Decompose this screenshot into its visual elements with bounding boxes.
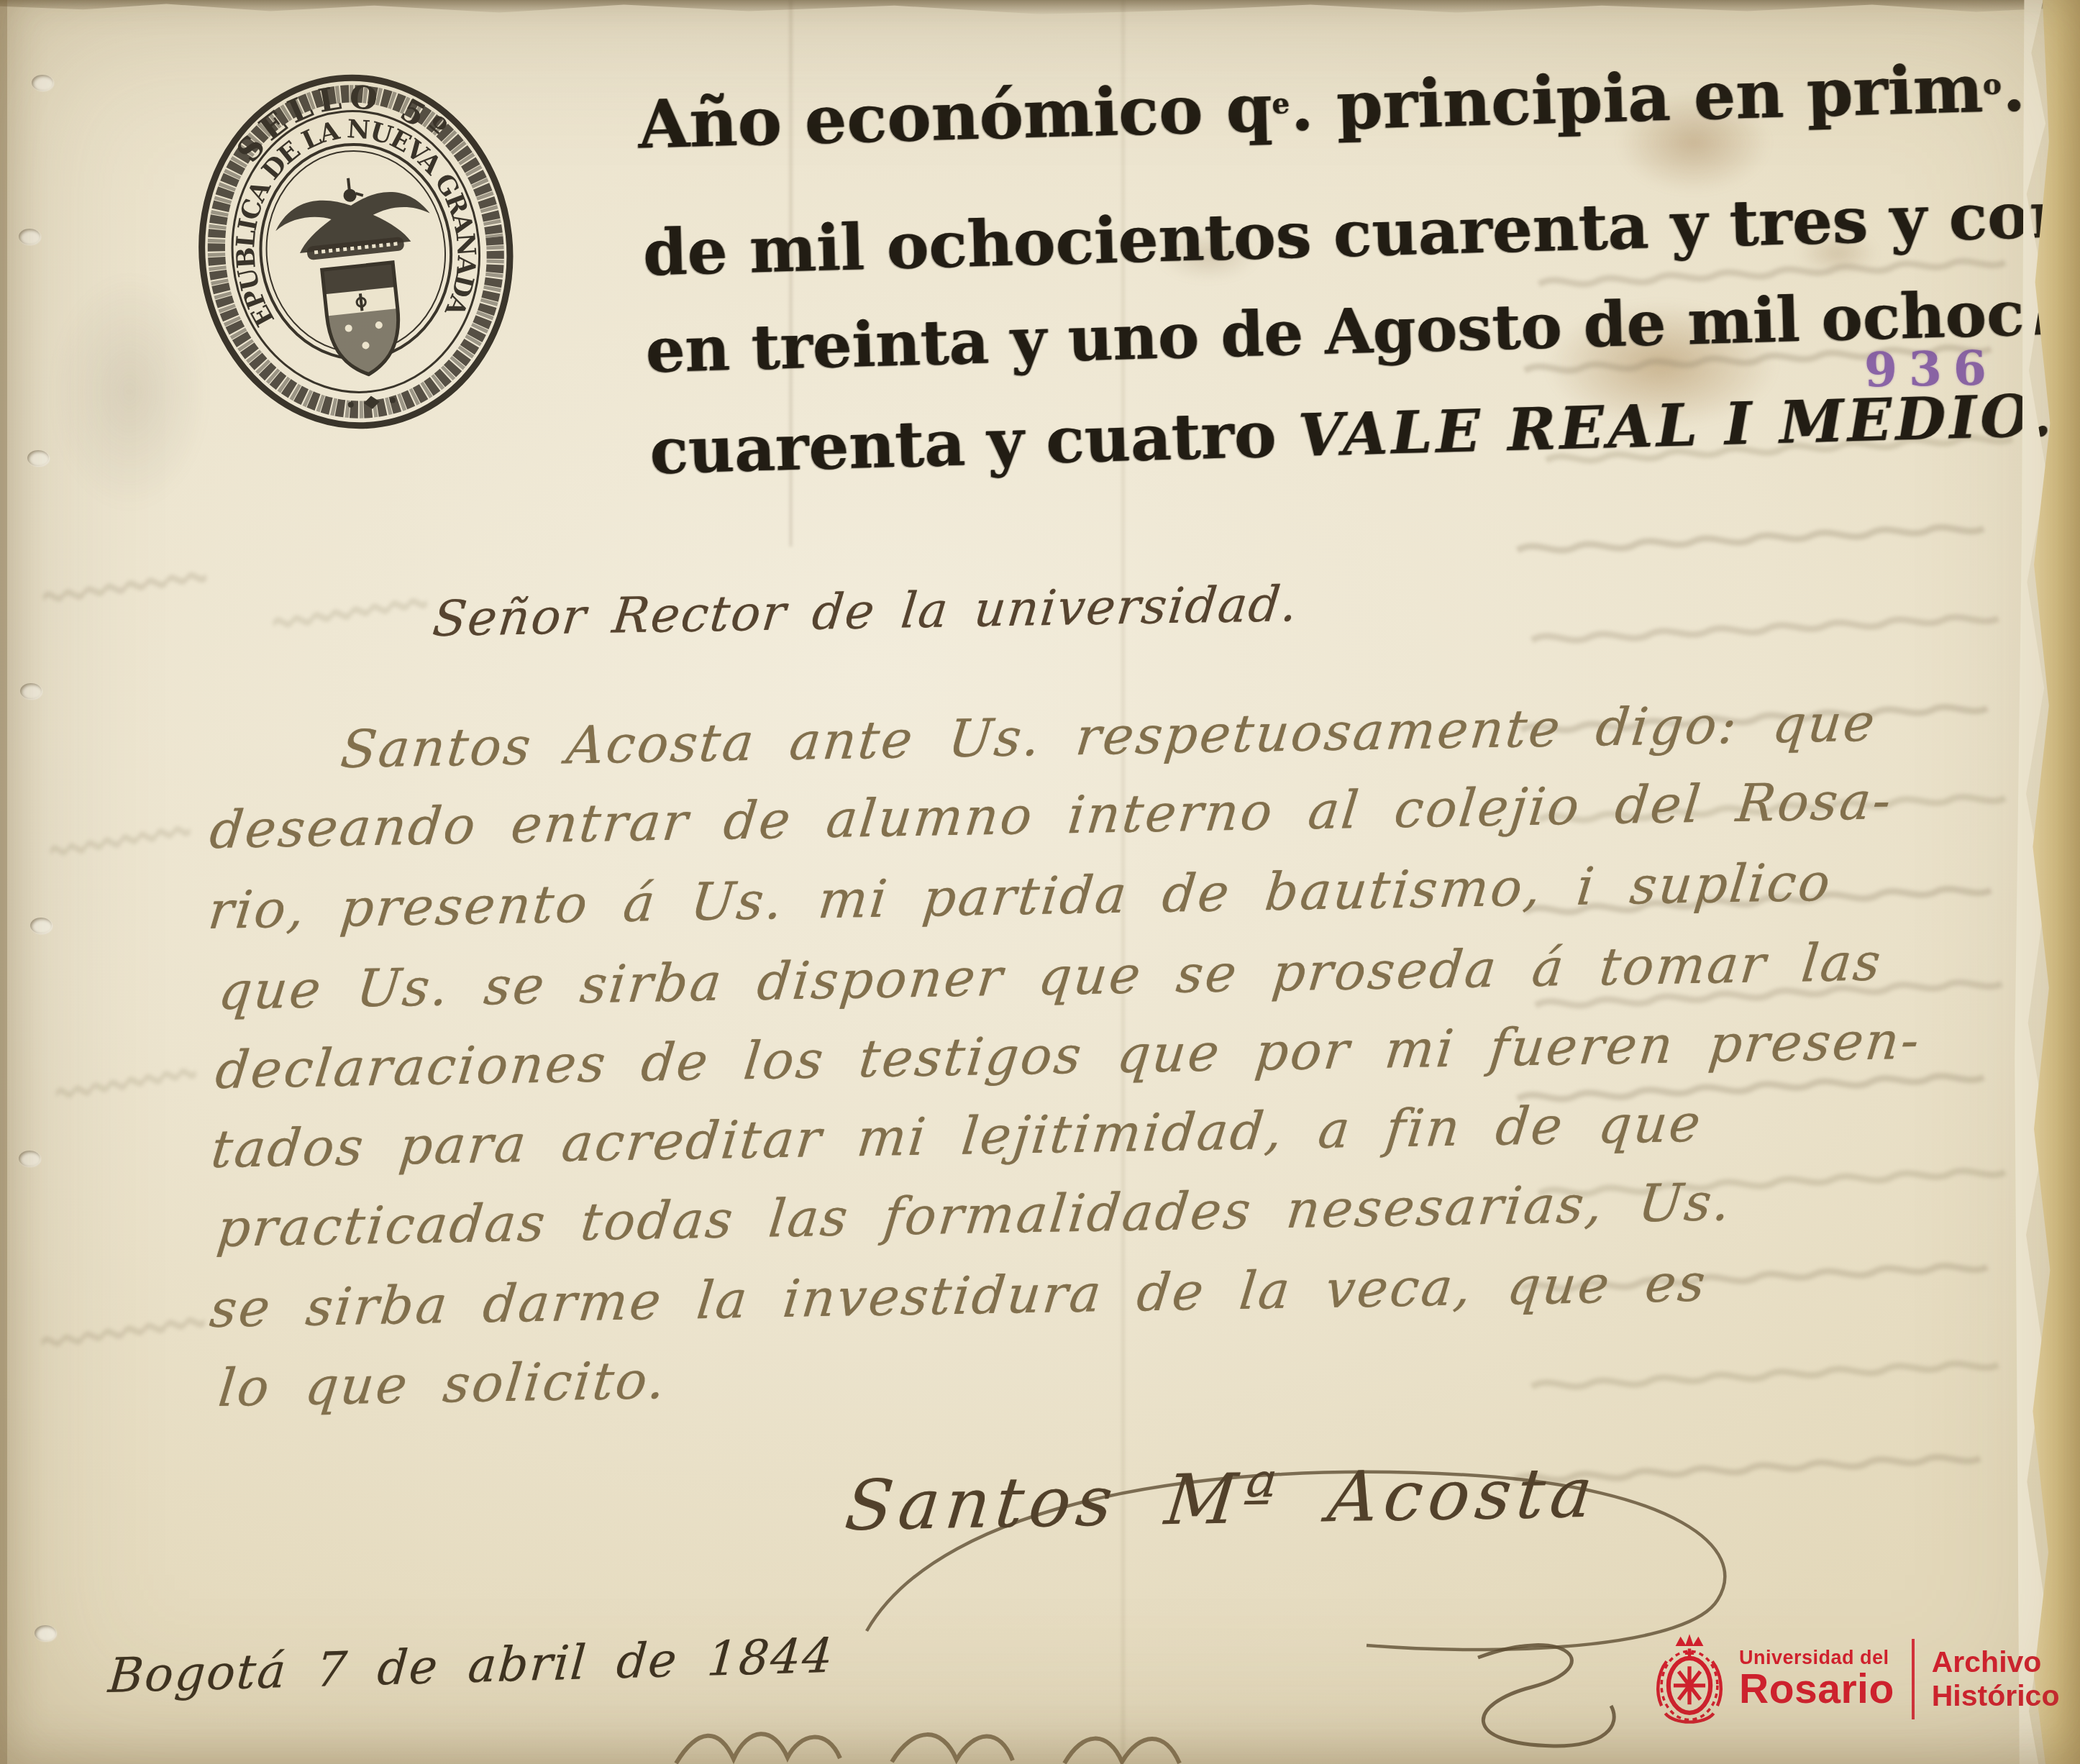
- printed-header-line-1: Año económico qe. principia en primo. de…: [637, 41, 2080, 164]
- left-page-edge: [0, 0, 7, 1764]
- rosario-crest-icon: [1651, 1627, 1728, 1732]
- date-line: Bogotá 7 de abril de 1844: [106, 1628, 836, 1704]
- letter-body-line: practicadas todas las formalidades neses…: [214, 1171, 1735, 1258]
- university-name-bottom: Rosario: [1739, 1669, 1894, 1710]
- signature: Santos Mª Acosta: [841, 1453, 1602, 1546]
- letter-body-line: Santos Acosta ante Us. respetuosamente d…: [338, 693, 1879, 780]
- archive-name-top: Archivo: [1932, 1645, 2060, 1679]
- binding-hole: [19, 229, 40, 245]
- signature-rubric: [1478, 1645, 1614, 1746]
- binding-hole: [27, 450, 49, 466]
- archive-name-bottom: Histórico: [1932, 1679, 2060, 1713]
- printed-header-line-2: de mil ochocientos cuarenta y tres y con…: [642, 172, 2080, 291]
- letter-body-line: se sirba darme la investidura de la veca…: [207, 1253, 1710, 1339]
- binding-hole: [32, 75, 53, 91]
- printed-text: cuarenta y cuatro: [649, 396, 1299, 488]
- binding-hole: [35, 1625, 56, 1641]
- archival-number-stamp: 936: [1864, 339, 1998, 398]
- university-name-top: Universidad del: [1739, 1648, 1894, 1668]
- letter-body-line: deseando entrar de alumno interno al col…: [207, 770, 1896, 860]
- letter-body-line: declaraciones de los testigos que por mi…: [213, 1010, 1924, 1100]
- printed-text: . principia en prim: [1290, 50, 1984, 146]
- cutoff-handwriting: [676, 1734, 1180, 1763]
- letter-body-line: rio, presento á Us. mi partida de bautis…: [206, 851, 1835, 941]
- printed-header-line-4: cuarenta y cuatro VALE REAL I MEDIO.: [649, 375, 2056, 488]
- crest-crown: [1676, 1634, 1704, 1646]
- printed-text: Año económico q: [637, 69, 1273, 164]
- superscript: o: [1982, 68, 2002, 101]
- letter-body-line: que Us. se sirba disponer que se proseda…: [216, 931, 1886, 1021]
- printed-fiscal-year-header: Año económico qe. principia en primo. de…: [0, 0, 2080, 637]
- logo-divider: [1912, 1639, 1915, 1719]
- binding-hole: [30, 918, 52, 933]
- archive-name: Archivo Histórico: [1932, 1645, 2060, 1713]
- archive-watermark-logo: Universidad del Rosario Archivo Históric…: [1651, 1627, 2059, 1732]
- university-name: Universidad del Rosario: [1739, 1648, 1894, 1710]
- binding-hole: [19, 1151, 40, 1166]
- letter-body-line: tados para acreditar mi lejitimidad, a f…: [209, 1093, 1705, 1179]
- superscript: e: [1272, 88, 1291, 121]
- scanned-document-page: SELLO 5º REPUBLICA DE LA NUEVA GRANADA·: [0, 0, 2080, 1764]
- binding-hole: [20, 683, 42, 699]
- letter-body-line: lo que solicito.: [216, 1350, 670, 1418]
